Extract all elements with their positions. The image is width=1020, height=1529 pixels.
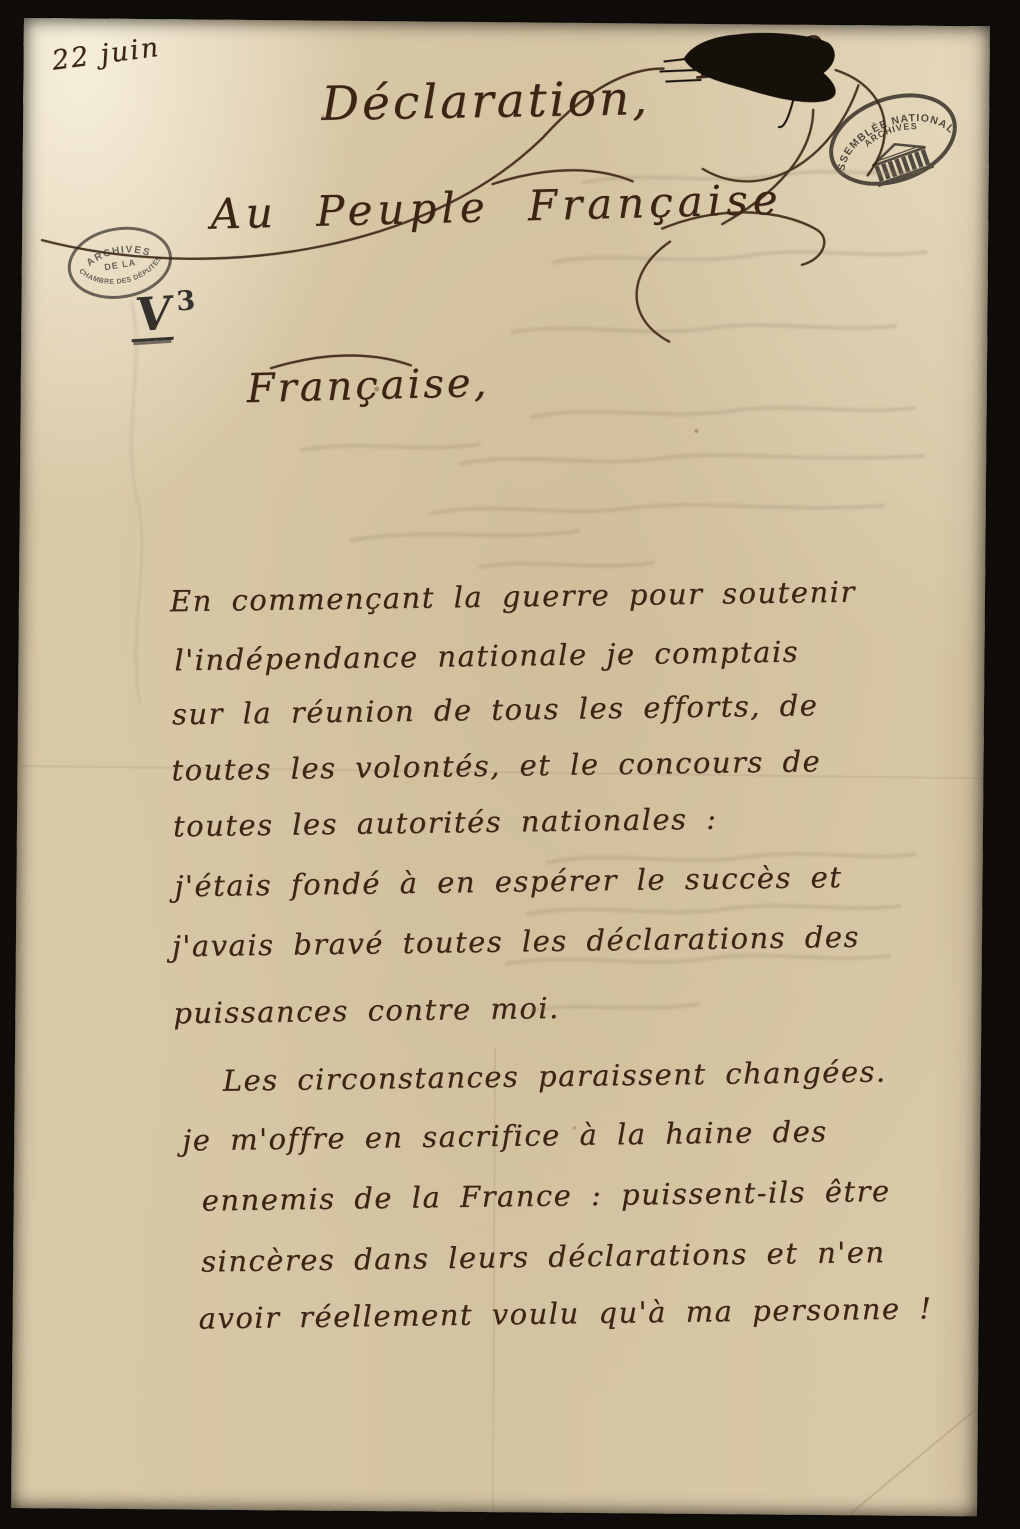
manuscript-line: sincères dans leurs déclarations et n'en <box>201 1235 886 1279</box>
document-title: Déclaration, <box>321 71 651 132</box>
manuscript-line: sur la réunion de tous les efforts, de <box>172 688 819 731</box>
manuscript-page: 22 juin N°. 9 Déclaration, Au Peuple Fra… <box>11 18 990 1516</box>
manuscript-line: toutes les autorités nationales : <box>173 802 718 844</box>
archives-stamp-assemblee-nationale: ASSEMBLÉE NATIONALE ARCHIVES <box>812 73 975 206</box>
salutation-line: Française, <box>246 360 490 412</box>
manuscript-line: je m'offre en sacrifice à la haine des <box>182 1114 828 1157</box>
stamp-middle-text: DE LA <box>104 257 137 272</box>
manuscript-line: j'étais fondé à en espérer le succès et <box>174 860 842 903</box>
classification-mark: V3 <box>132 285 198 342</box>
manuscript-line: avoir réellement voulu qu'à ma personne … <box>198 1291 932 1335</box>
classification-letter: V <box>132 289 178 342</box>
scan-background: 22 juin N°. 9 Déclaration, Au Peuple Fra… <box>0 0 1020 1529</box>
temple-icon <box>867 135 933 187</box>
classification-number: 3 <box>175 285 196 317</box>
manuscript-line: Les circonstances paraissent changées. <box>222 1055 886 1098</box>
handwritten-date: 22 juin <box>50 32 162 77</box>
manuscript-line: puissances contre moi. <box>173 991 560 1030</box>
manuscript-line: toutes les volontés, et le concours de <box>171 744 821 787</box>
dedication-line: Au Peuple Française <box>210 175 783 239</box>
document-number: N°. 9 <box>694 25 830 89</box>
manuscript-line: l'indépendance nationale je comptais <box>174 635 799 678</box>
manuscript-line: j'avais bravé toutes les déclarations de… <box>172 920 860 964</box>
paper-specks <box>313 115 701 1131</box>
manuscript-line: ennemis de la France : puissent-ils être <box>201 1174 890 1218</box>
manuscript-line: En commençant la guerre pour soutenir <box>170 575 856 619</box>
